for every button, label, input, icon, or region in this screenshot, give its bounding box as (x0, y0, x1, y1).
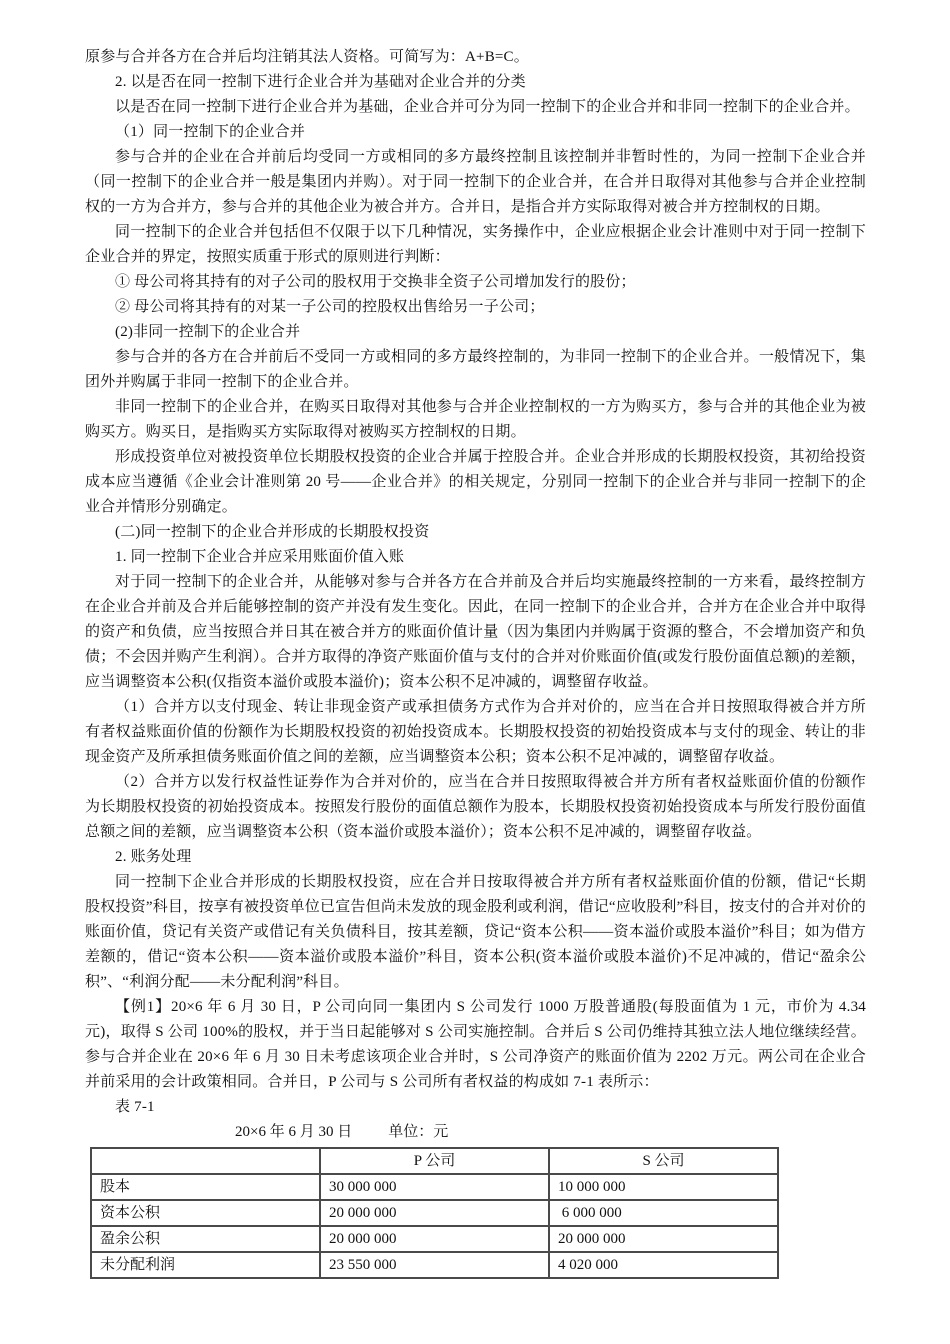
sub-heading: (2)非同一控制下的企业合并 (85, 320, 866, 345)
paragraph: 参与合并的企业在合并前后均受同一方或相同的多方最终控制且该控制并非暂时性的，为同… (85, 145, 866, 220)
table-row: 资本公积 20 000 000 6 000 000 (91, 1200, 778, 1226)
header-cell-s-company: S 公司 (549, 1148, 778, 1174)
table-header-row: P 公司 S 公司 (91, 1148, 778, 1174)
p-company-value: 30 000 000 (320, 1174, 549, 1200)
p-company-value: 23 550 000 (320, 1252, 549, 1278)
row-label: 股本 (91, 1174, 320, 1200)
table-row: 未分配利润 23 550 000 4 020 000 (91, 1252, 778, 1278)
paragraph: 同一控制下的企业合并包括但不仅限于以下几种情况，实务操作中，企业应根据企业会计准… (85, 220, 866, 270)
paragraph: （2）合并方以发行权益性证券作为合并对价的，应当在合并日按照取得被合并方所有者权… (85, 770, 866, 845)
p-company-value: 20 000 000 (320, 1200, 549, 1226)
row-label: 未分配利润 (91, 1252, 320, 1278)
section-heading: (二)同一控制下的企业合并形成的长期股权投资 (85, 520, 866, 545)
header-cell-p-company: P 公司 (320, 1148, 549, 1174)
paragraph: 对于同一控制下的企业合并，从能够对参与合并各方在合并前及合并后均实施最终控制的一… (85, 570, 866, 695)
paragraph: 同一控制下企业合并形成的长期股权投资，应在合并日按取得被合并方所有者权益账面价值… (85, 870, 866, 995)
table-row: 股本 30 000 000 10 000 000 (91, 1174, 778, 1200)
list-item: ① 母公司将其持有的对子公司的股权用于交换非全资子公司增加发行的股份； (85, 270, 866, 295)
table-caption-unit: 单位：元 (388, 1124, 448, 1140)
list-item: ② 母公司将其持有的对某一子公司的控股权出售给另一子公司； (85, 295, 866, 320)
paragraph: 形成投资单位对被投资单位长期股权投资的企业合并属于控股合并。企业合并形成的长期股… (85, 445, 866, 520)
s-company-value: 6 000 000 (549, 1200, 778, 1226)
paragraph: 原参与合并各方在合并后均注销其法人资格。可简写为：A+B=C。 (85, 45, 866, 70)
paragraph: 非同一控制下的企业合并，在购买日取得对其他参与合并企业控制权的一方为购买方，参与… (85, 395, 866, 445)
numbered-heading: 2. 以是否在同一控制下进行企业合并为基础对企业合并的分类 (85, 70, 866, 95)
numbered-heading: 2. 账务处理 (85, 845, 866, 870)
table-caption: 20×6 年 6 月 30 日单位：元 (85, 1120, 866, 1145)
s-company-value: 10 000 000 (549, 1174, 778, 1200)
header-cell-blank (91, 1148, 320, 1174)
row-label: 盈余公积 (91, 1226, 320, 1252)
s-company-value: 4 020 000 (549, 1252, 778, 1278)
numbered-heading: 1. 同一控制下企业合并应采用账面价值入账 (85, 545, 866, 570)
paragraph: （1）合并方以支付现金、转让非现金资产或承担债务方式作为合并对价的，应当在合并日… (85, 695, 866, 770)
table-caption-date: 20×6 年 6 月 30 日 (235, 1124, 352, 1140)
paragraph: 参与合并的各方在合并前后不受同一方或相同的多方最终控制的，为非同一控制下的企业合… (85, 345, 866, 395)
p-company-value: 20 000 000 (320, 1226, 549, 1252)
example-paragraph: 【例1】20×6 年 6 月 30 日，P 公司向同一集团内 S 公司发行 10… (85, 995, 866, 1095)
paragraph: 以是否在同一控制下进行企业合并为基础，企业合并可分为同一控制下的企业合并和非同一… (85, 95, 866, 120)
sub-heading: （1）同一控制下的企业合并 (85, 120, 866, 145)
table-title: 表 7-1 (85, 1095, 866, 1120)
equity-table: P 公司 S 公司 股本 30 000 000 10 000 000 资本公积 … (90, 1147, 779, 1279)
document-page: 原参与合并各方在合并后均注销其法人资格。可简写为：A+B=C。 2. 以是否在同… (0, 0, 950, 1344)
s-company-value: 20 000 000 (549, 1226, 778, 1252)
row-label: 资本公积 (91, 1200, 320, 1226)
table-row: 盈余公积 20 000 000 20 000 000 (91, 1226, 778, 1252)
